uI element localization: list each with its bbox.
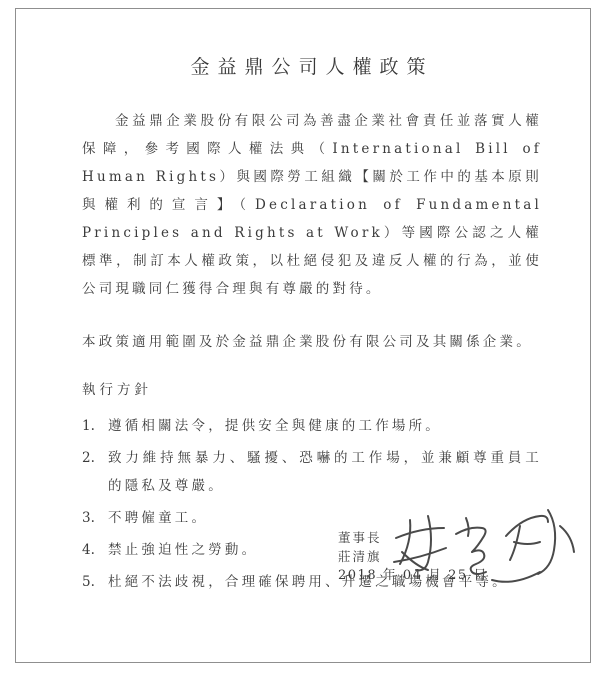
list-item-text: 遵循相關法令，提供安全與健康的工作場所。 (108, 418, 442, 434)
list-item-number: 3. (82, 504, 95, 532)
section-heading: 執行方針 (82, 380, 542, 400)
signer-name: 莊清旗 (338, 547, 488, 566)
list-item-number: 4. (82, 536, 95, 564)
list-item-number: 5. (82, 568, 95, 596)
list-item-text: 不聘僱童工。 (108, 510, 208, 526)
intro-paragraph: 金益鼎企業股份有限公司為善盡企業社會責任並落實人權保障，參考國際人權法典（Int… (82, 107, 542, 303)
page-title: 金益鼎公司人權政策 (82, 52, 542, 79)
scope-paragraph: 本政策適用範圍及於金益鼎企業股份有限公司及其關係企業。 (82, 328, 542, 356)
document-body: 金益鼎公司人權政策 金益鼎企業股份有限公司為善盡企業社會責任並落實人權保障，參考… (82, 8, 542, 600)
signer-role: 董事長 (338, 528, 488, 547)
list-item-number: 2. (82, 444, 95, 472)
list-item: 2. 致力維持無暴力、騷擾、恐嚇的工作場，並兼顧尊重員工的隱私及尊嚴。 (82, 444, 542, 500)
list-item-text: 致力維持無暴力、騷擾、恐嚇的工作場，並兼顧尊重員工的隱私及尊嚴。 (108, 450, 542, 494)
list-item-number: 1. (82, 412, 95, 440)
list-item: 1. 遵循相關法令，提供安全與健康的工作場所。 (82, 412, 542, 440)
list-item-text: 禁止強迫性之勞動。 (108, 542, 258, 558)
signature-date: 2018 年 04 月 25 日 (338, 566, 488, 585)
scanned-document-page: 金益鼎公司人權政策 金益鼎企業股份有限公司為善盡企業社會責任並落實人權保障，參考… (0, 0, 607, 679)
signature-block: 董事長 莊清旗 2018 年 04 月 25 日 (338, 528, 488, 585)
